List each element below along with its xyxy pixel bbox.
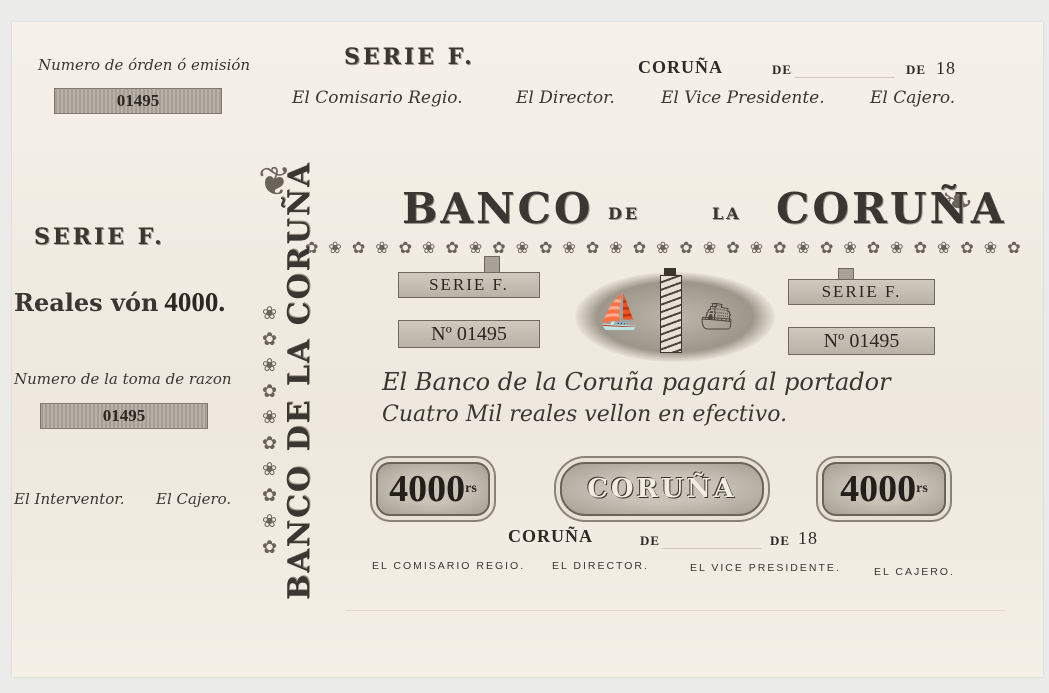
ribbon-right-number: Nº 01495 [788,327,935,355]
stub-reales: Reales vón 4000. [14,287,225,318]
bottom-sig-cajero: EL CAJERO. [874,566,955,578]
bottom-date-line [662,548,762,549]
stub-cajero-signature: El Cajero. [156,490,231,508]
bottom-de1: DE [640,533,660,549]
bottom-de2: DE [770,533,790,549]
title-de: DE [608,204,640,223]
title-la: LA [712,204,742,223]
ribbon-left-serie: SERIE F. [398,272,540,298]
bottom-year: 18 [798,528,818,549]
header-sig-vicepresidente: El Vice Presidente. [661,88,825,108]
stub-toma-label: Numero de la toma de razon [14,370,232,388]
stub-interventor-signature: El Interventor. [14,490,125,508]
promise-line-1: El Banco de la Coruña pagará al portador [382,368,891,396]
header-sig-director: El Director. [516,88,615,108]
stub-reales-label: Reales vón [14,288,158,317]
denomination-right-suffix: rs [916,481,928,497]
stub-toma-number: 01495 [40,403,208,429]
header-date-line [795,77,895,78]
vertical-title: BANCO DE LA CORUÑA [282,162,317,600]
floral-garland-icon: ✿❀✿❀✿❀✿❀✿❀✿❀✿❀✿❀✿❀✿❀✿❀✿❀✿❀✿❀✿❀✿ [305,238,1031,258]
denomination-left-suffix: rs [465,481,477,497]
bottom-city: CORUÑA [508,526,593,547]
sailing-ship-icon: ⛵ [598,292,640,332]
ribbon-left-number: Nº 01495 [398,320,540,348]
center-cartouche-text: CORUÑA [587,474,737,504]
stub-reales-amount: 4000. [164,287,225,317]
lighthouse-icon [660,275,682,353]
ribbon-right-serie: SERIE F. [788,279,935,305]
vertical-floral-icon: ❀ ✿ ❀ ✿ ❀ ✿ ❀ ✿ ❀ ✿ [262,300,282,560]
denomination-left-value: 4000 [389,467,465,511]
title-coruna: CORUÑA [776,184,1007,233]
header-sig-comisario: El Comisario Regio. [292,88,463,108]
steamship-icon: ⛴ [700,302,733,332]
header-de2: DE [906,62,926,78]
header-de1: DE [772,62,792,78]
header-year: 18 [936,58,956,79]
header-serie: SERIE F. [344,44,475,70]
bottom-rule [345,610,1005,611]
promise-line-2: Cuatro Mil reales vellon en efectivo. [382,402,787,427]
header-city: CORUÑA [638,57,723,78]
bottom-sig-vicepresidente: EL VICE PRESIDENTE. [690,562,841,574]
denomination-left: 4000rs [376,462,490,516]
denomination-right-value: 4000 [840,467,916,511]
title-banco: BANCO [402,184,594,233]
bottom-sig-comisario: EL COMISARIO REGIO. [372,560,525,572]
header-sig-cajero: El Cajero. [870,88,955,108]
bottom-sig-director: EL DIRECTOR. [552,560,649,572]
stub-serie: SERIE F. [34,224,165,250]
denomination-right: 4000rs [822,462,946,516]
center-cartouche: CORUÑA [560,462,764,516]
stub-order-label: Numero de órden ó emisión [38,56,250,74]
stub-order-number: 01495 [54,88,222,114]
